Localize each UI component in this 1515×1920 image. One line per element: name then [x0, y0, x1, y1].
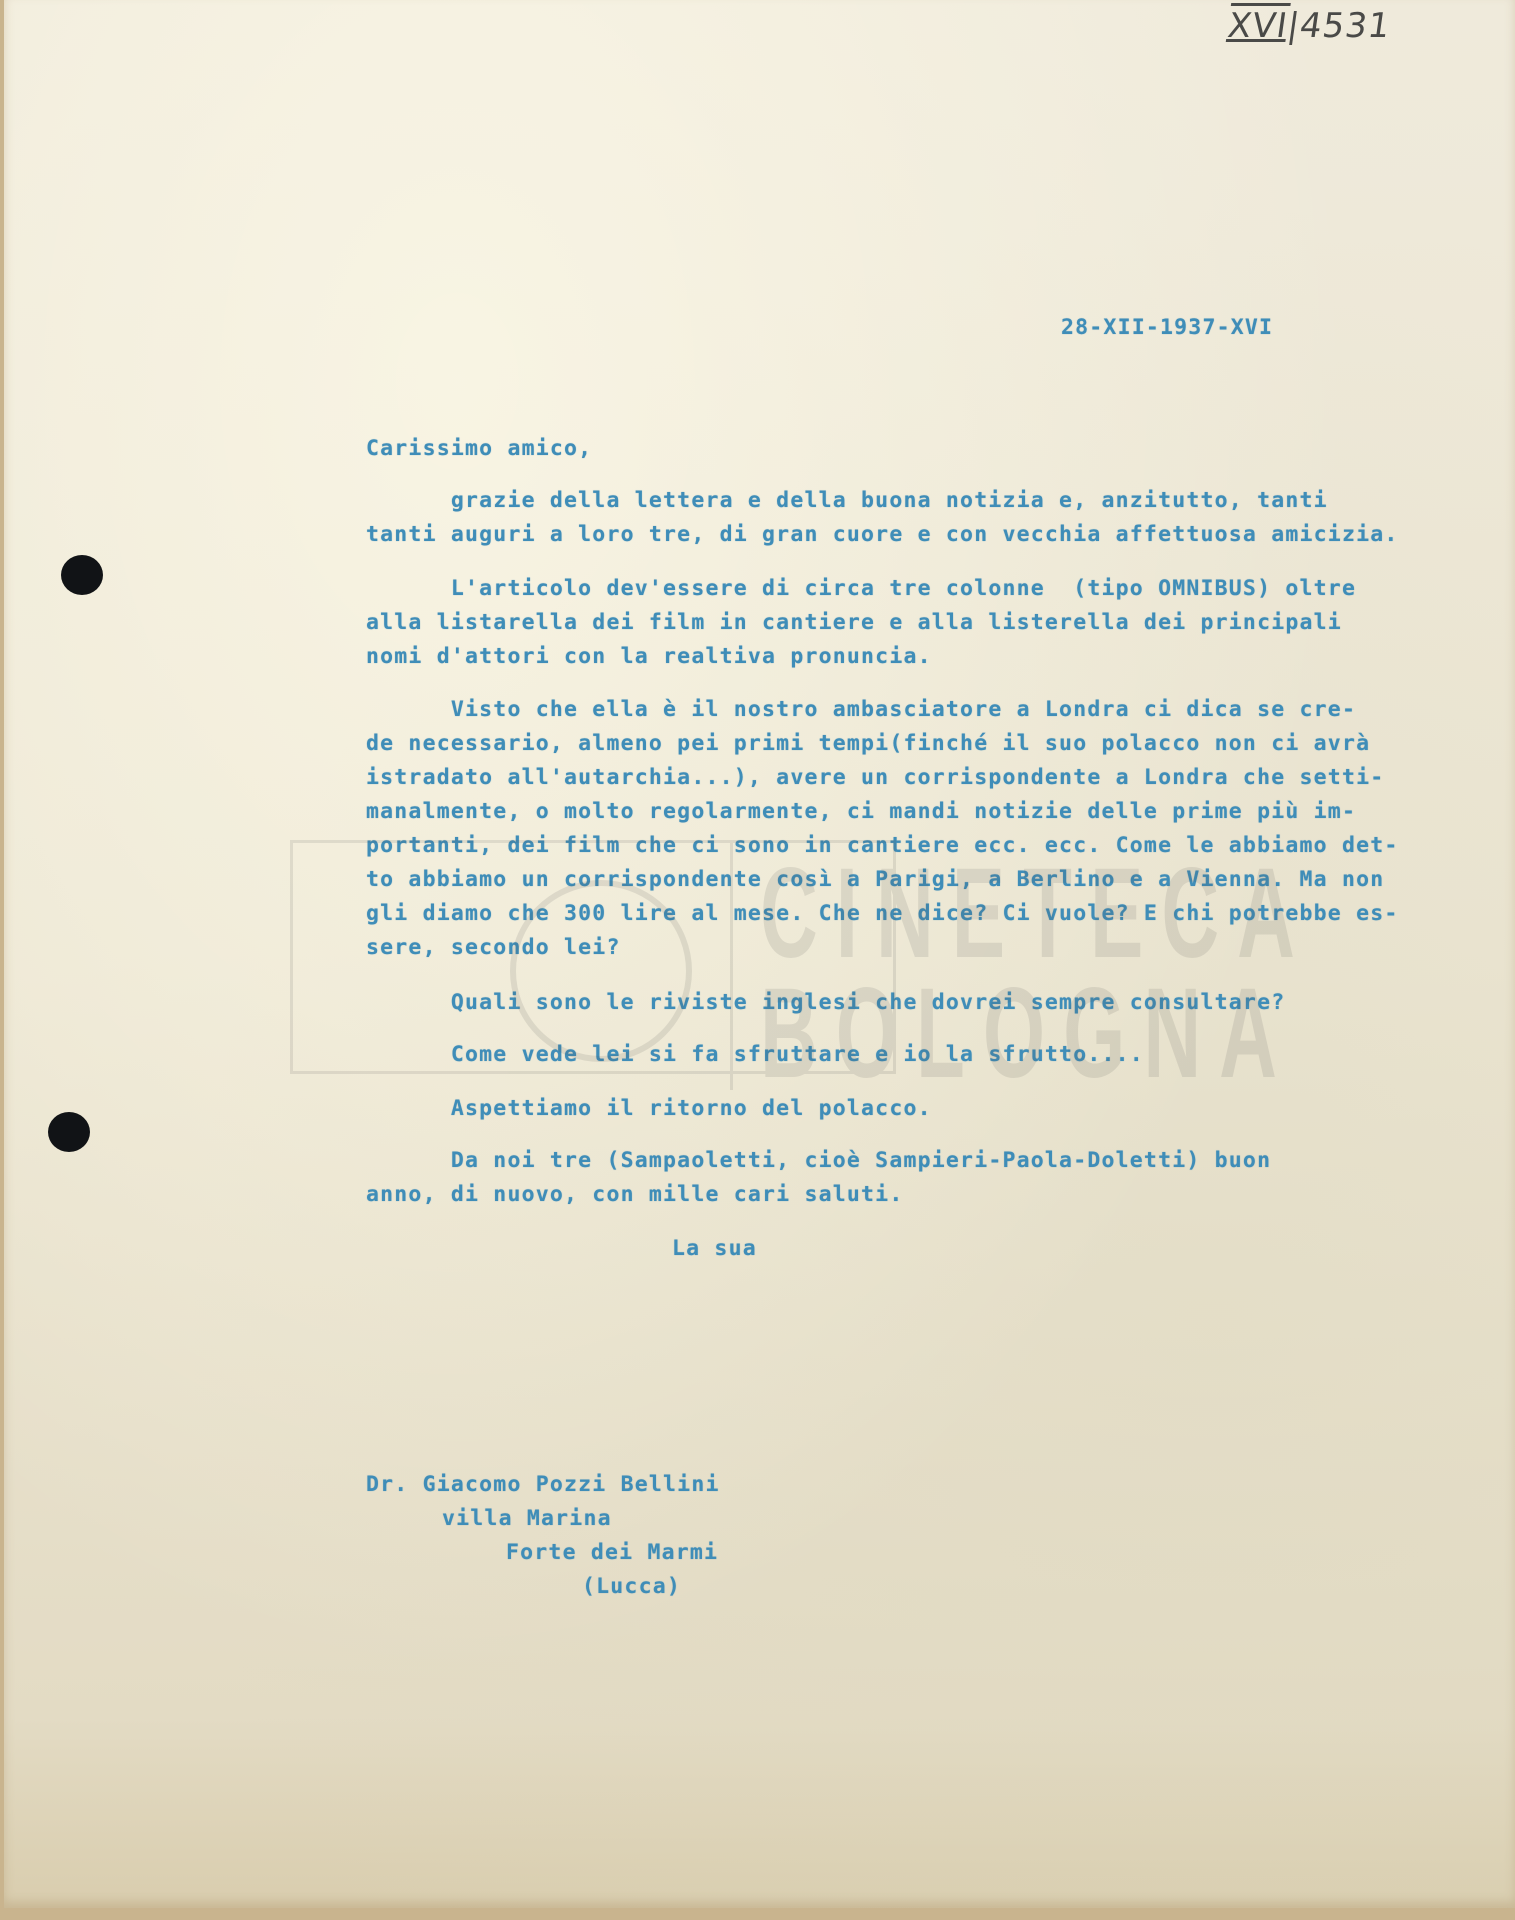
letter-page: XVI|4531 28-XII-1937-XVI Carissimo amico…	[4, 0, 1515, 1908]
address-line: (Lucca)	[582, 1574, 681, 1599]
archive-roman: XVI	[1225, 6, 1290, 46]
address-line: Forte dei Marmi	[506, 1540, 718, 1565]
address-line: villa Marina	[442, 1506, 612, 1531]
body-line: istradato all'autarchia...), avere un co…	[366, 765, 1384, 790]
punch-hole	[48, 1112, 90, 1152]
watermark-line2: BOLOGNA	[760, 960, 1295, 1107]
salutation: Carissimo amico,	[366, 436, 592, 461]
letter-date: 28-XII-1937-XVI	[1061, 315, 1273, 340]
body-line: tanti auguri a loro tre, di gran cuore e…	[366, 522, 1399, 547]
body-line: Come vede lei si fa sfruttare e io la sf…	[366, 1042, 1144, 1067]
body-line: grazie della lettera e della buona notiz…	[366, 488, 1328, 513]
body-line: Quali sono le riviste inglesi che dovrei…	[366, 990, 1285, 1015]
body-line: manalmente, o molto regolarmente, ci man…	[366, 799, 1356, 824]
body-line: gli diamo che 300 lire al mese. Che ne d…	[366, 901, 1399, 926]
body-line: de necessario, almeno pei primi tempi(fi…	[366, 731, 1370, 756]
body-line: anno, di nuovo, con mille cari saluti.	[366, 1182, 903, 1207]
closing: La sua	[672, 1236, 757, 1261]
body-line: L'articolo dev'essere di circa tre colon…	[366, 576, 1356, 601]
address-line: Dr. Giacomo Pozzi Bellini	[366, 1472, 720, 1497]
body-line: portanti, dei film che ci sono in cantie…	[366, 833, 1399, 858]
body-line: sere, secondo lei?	[366, 935, 621, 960]
punch-hole	[61, 555, 103, 595]
archive-number: XVI|4531	[1225, 6, 1393, 46]
body-line: nomi d'attori con la realtiva pronuncia.	[366, 644, 932, 669]
body-line: to abbiamo un corrispondente così a Pari…	[366, 867, 1384, 892]
body-line: Visto che ella è il nostro ambasciatore …	[366, 697, 1356, 722]
body-line: Aspettiamo il ritorno del polacco.	[366, 1096, 932, 1121]
archive-code: 4531	[1297, 6, 1393, 46]
body-line: Da noi tre (Sampaoletti, cioè Sampieri-P…	[366, 1148, 1271, 1173]
body-line: alla listarella dei film in cantiere e a…	[366, 610, 1342, 635]
